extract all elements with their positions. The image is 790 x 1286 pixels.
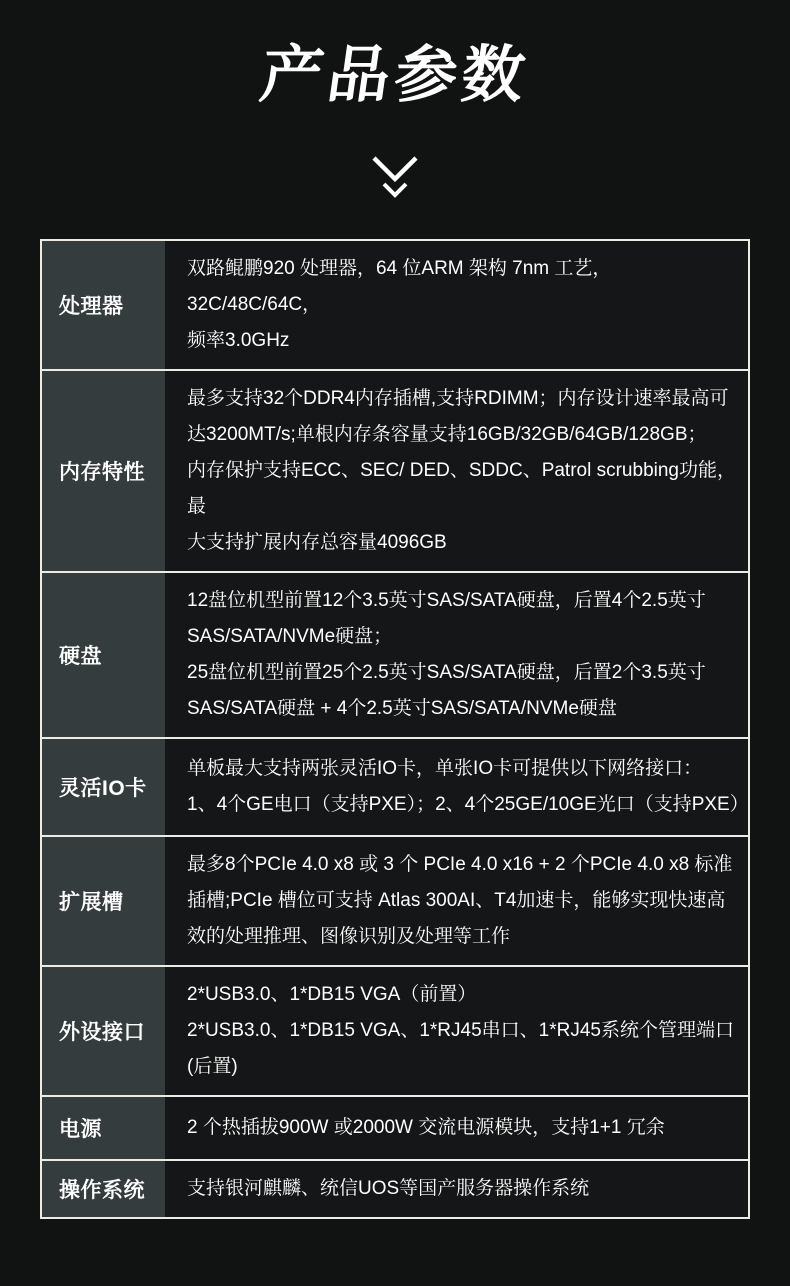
row-value: 最多支持32个DDR4内存插槽,支持RDIMM；内存设计速率最高可 达3200M… — [165, 371, 748, 571]
page-title: 产品参数 — [256, 40, 534, 111]
row-value: 支持银河麒麟、统信UOS等国产服务器操作系统 — [165, 1161, 748, 1217]
row-value: 双路鲲鹏920 处理器，64 位ARM 架构 7nm 工艺，32C/48C/64… — [165, 241, 748, 369]
row-label: 外设接口 — [42, 967, 165, 1095]
row-label: 硬盘 — [42, 573, 165, 737]
scroll-hint — [0, 155, 790, 201]
row-value: 2 个热插拔900W 或2000W 交流电源模块，支持1+1 冗余 — [165, 1097, 748, 1159]
row-label: 扩展槽 — [42, 837, 165, 965]
row-value: 最多8个PCIe 4.0 x8 或 3 个 PCIe 4.0 x16 + 2 个… — [165, 837, 748, 965]
spec-table: 处理器 双路鲲鹏920 处理器，64 位ARM 架构 7nm 工艺，32C/48… — [40, 239, 750, 1219]
row-label: 处理器 — [42, 241, 165, 369]
table-row-expansion-slots: 扩展槽 最多8个PCIe 4.0 x8 或 3 个 PCIe 4.0 x16 +… — [42, 835, 748, 965]
row-label: 内存特性 — [42, 371, 165, 571]
page-header: 产品参数 — [0, 0, 790, 111]
table-row-operating-system: 操作系统 支持银河麒麟、统信UOS等国产服务器操作系统 — [42, 1159, 748, 1217]
table-row-processor: 处理器 双路鲲鹏920 处理器，64 位ARM 架构 7nm 工艺，32C/48… — [42, 241, 748, 369]
table-row-power: 电源 2 个热插拔900W 或2000W 交流电源模块，支持1+1 冗余 — [42, 1095, 748, 1159]
row-label: 灵活IO卡 — [42, 739, 165, 835]
product-spec-page: 产品参数 处理器 双路鲲鹏920 处理器，64 位ARM 架构 7nm 工艺，3… — [0, 0, 790, 1286]
row-value: 单板最大支持两张灵活IO卡，单张IO卡可提供以下网络接口： 1、4个GE电口（支… — [165, 739, 748, 835]
table-row-flex-io-card: 灵活IO卡 单板最大支持两张灵活IO卡，单张IO卡可提供以下网络接口： 1、4个… — [42, 737, 748, 835]
table-row-harddisk: 硬盘 12盘位机型前置12个3.5英寸SAS/SATA硬盘，后置4个2.5英寸 … — [42, 571, 748, 737]
double-chevron-down-icon — [371, 188, 419, 205]
table-row-memory: 内存特性 最多支持32个DDR4内存插槽,支持RDIMM；内存设计速率最高可 达… — [42, 369, 748, 571]
row-value: 12盘位机型前置12个3.5英寸SAS/SATA硬盘，后置4个2.5英寸 SAS… — [165, 573, 748, 737]
row-value: 2*USB3.0、1*DB15 VGA（前置） 2*USB3.0、1*DB15 … — [165, 967, 748, 1095]
row-label: 操作系统 — [42, 1161, 165, 1217]
table-row-peripheral-ports: 外设接口 2*USB3.0、1*DB15 VGA（前置） 2*USB3.0、1*… — [42, 965, 748, 1095]
row-label: 电源 — [42, 1097, 165, 1159]
